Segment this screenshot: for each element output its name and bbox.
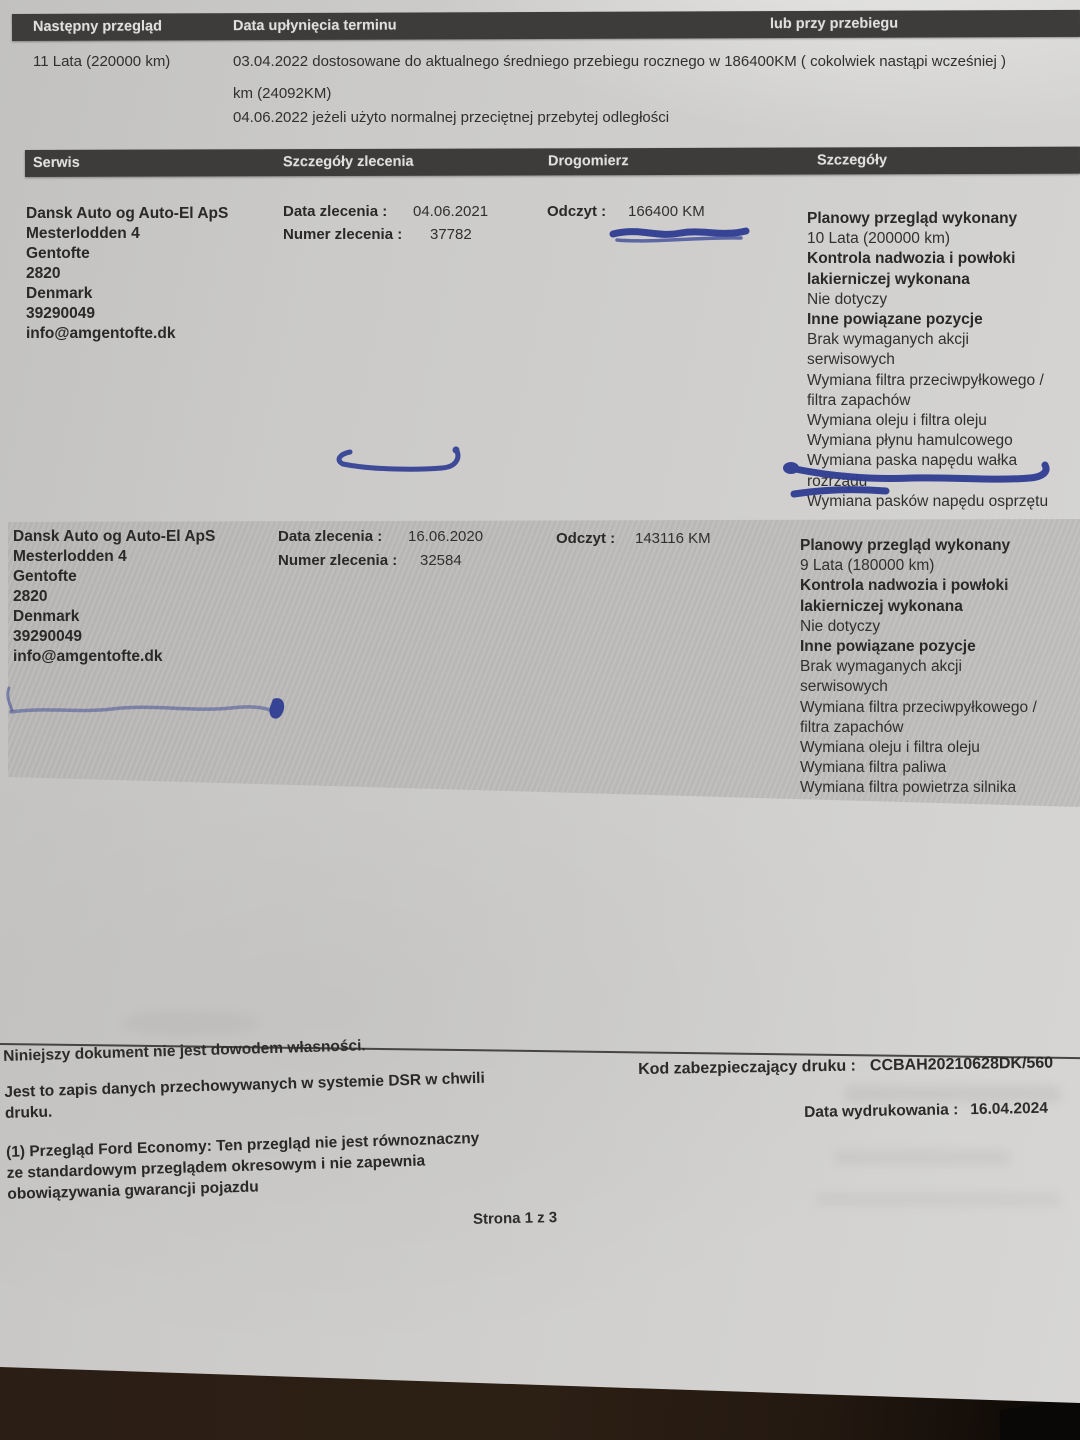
ford-economy-note: (1) Przegląd Ford Economy: Ten przegląd …: [6, 1128, 481, 1205]
service-address-line: Dansk Auto og Auto-El ApS: [26, 204, 228, 224]
service-detail-line: lakierniczej wykonana: [807, 270, 1048, 290]
service-address-entry-1: Dansk Auto og Auto-El ApSMesterlodden 4G…: [26, 204, 228, 344]
show-through-smudge: [815, 1192, 1060, 1207]
next-inspection-interval: 11 Lata (220000 km): [33, 53, 170, 70]
order-date-label: Data zlecenia :: [283, 203, 387, 220]
service-details-entry-2: Planowy przegląd wykonany9 Lata (180000 …: [800, 536, 1037, 799]
service-detail-line: Kontrola nadwozia i powłoki: [807, 249, 1048, 269]
order-number-label: Numer zlecenia :: [283, 226, 402, 243]
service-detail-line: Wymiana paska napędu wałka: [807, 451, 1048, 471]
show-through-smudge: [120, 1010, 260, 1036]
service-detail-line: filtra zapachów: [800, 718, 1037, 738]
service-detail-line: Inne powiązane pozycje: [807, 310, 1048, 330]
service-address-line: Gentofte: [13, 567, 215, 587]
service-address-line: 39290049: [13, 627, 215, 647]
document-page: Następny przegląd Data upłynięcia termin…: [0, 0, 1080, 1440]
service-address-line: info@amgentofte.dk: [26, 324, 228, 344]
service-detail-line: Inne powiązane pozycje: [800, 637, 1037, 657]
service-address-line: Dansk Auto og Auto-El ApS: [13, 527, 215, 547]
service-detail-line: Nie dotyczy: [800, 617, 1037, 637]
header-next-inspection: Następny przegląd: [33, 13, 162, 40]
service-detail-line: 9 Lata (180000 km): [800, 556, 1037, 576]
service-detail-line: serwisowych: [807, 350, 1048, 370]
security-code-value: CCBAH20210628DK/560: [870, 1054, 1053, 1074]
due-date-line-1: 03.04.2022 dostosowane do aktualnego śre…: [233, 53, 1006, 70]
service-address-line: Denmark: [26, 284, 228, 304]
service-detail-line: Nie dotyczy: [807, 290, 1048, 310]
ownership-note: Niniejszy dokument nie jest dowodem włas…: [3, 1037, 366, 1066]
service-detail-line: Wymiana filtra powietrza silnika: [800, 778, 1037, 798]
service-table-header-bar: Serwis Szczegóły zlecenia Drogomierz Szc…: [25, 147, 1080, 177]
service-address-line: Gentofte: [26, 244, 228, 264]
service-address-line: Denmark: [13, 607, 215, 627]
service-details-entry-1: Planowy przegląd wykonany10 Lata (200000…: [807, 209, 1048, 512]
service-detail-line: filtra zapachów: [807, 391, 1048, 411]
service-detail-line: 10 Lata (200000 km): [807, 229, 1048, 249]
order-date-value: 16.06.2020: [408, 528, 483, 545]
service-detail-line: lakierniczej wykonana: [800, 597, 1037, 617]
order-date-label: Data zlecenia :: [278, 528, 382, 545]
order-date-value: 04.06.2021: [413, 203, 488, 220]
service-address-line: 2820: [13, 587, 215, 607]
service-detail-line: Brak wymaganych akcji: [800, 657, 1037, 677]
print-date-label: Data wydrukowania :: [804, 1101, 958, 1121]
odometer-value: 143116 KM: [635, 530, 711, 547]
security-code-row: Kod zabezpieczający druku :CCBAH20210628…: [638, 1054, 1053, 1079]
service-detail-line: serwisowych: [800, 677, 1037, 697]
service-address-line: 2820: [26, 264, 228, 284]
due-date-line-3: 04.06.2022 jeżeli użyto normalnej przeci…: [233, 109, 669, 126]
service-detail-line: Planowy przegląd wykonany: [800, 536, 1037, 556]
service-detail-line: Brak wymaganych akcji: [807, 330, 1048, 350]
service-detail-line: Wymiana oleju i filtra oleju: [800, 738, 1037, 758]
odometer-value: 166400 KM: [628, 203, 705, 220]
print-date-row: Data wydrukowania :16.04.2024: [804, 1100, 1048, 1122]
next-inspection-header-bar: Następny przegląd Data upłynięcia termin…: [12, 10, 1080, 41]
due-date-line-2: km (24092KM): [233, 85, 331, 102]
pen-underline-odometer-1: [613, 231, 746, 241]
header-or-at-mileage: lub przy przebiegu: [770, 11, 898, 38]
service-address-line: info@amgentofte.dk: [13, 647, 215, 667]
service-detail-line: Wymiana filtra przeciwpyłkowego /: [807, 371, 1048, 391]
service-address-entry-2: Dansk Auto og Auto-El ApSMesterlodden 4G…: [13, 527, 215, 667]
service-detail-line: Wymiana filtra paliwa: [800, 758, 1037, 778]
photo-background: Następny przegląd Data upłynięcia termin…: [0, 0, 1080, 1440]
page-indicator: Strona 1 z 3: [473, 1209, 558, 1228]
service-detail-line: Wymiana płynu hamulcowego: [807, 431, 1048, 451]
odometer-label: Odczyt :: [556, 530, 615, 547]
col-header-service: Serwis: [33, 150, 80, 177]
service-detail-line: rozrządu: [807, 472, 1048, 492]
service-address-line: Mesterlodden 4: [13, 547, 215, 567]
show-through-smudge: [835, 1150, 1010, 1165]
order-number-value: 37782: [430, 226, 472, 243]
service-detail-line: Wymiana oleju i filtra oleju: [807, 411, 1048, 431]
col-header-details: Szczegóły: [817, 147, 887, 174]
show-through-smudge: [845, 1086, 1060, 1102]
service-address-line: Mesterlodden 4: [26, 224, 228, 244]
service-detail-line: Planowy przegląd wykonany: [807, 209, 1048, 229]
pen-bracket-mark: [339, 447, 459, 470]
service-detail-line: Kontrola nadwozia i powłoki: [800, 576, 1037, 596]
col-header-order: Szczegóły zlecenia: [283, 149, 414, 176]
odometer-label: Odczyt :: [547, 203, 606, 220]
service-detail-line: Wymiana filtra przeciwpyłkowego /: [800, 698, 1037, 718]
col-header-odometer: Drogomierz: [548, 148, 629, 175]
header-due-date: Data upłynięcia terminu: [233, 13, 397, 41]
service-address-line: 39290049: [26, 304, 228, 324]
dsr-note: Jest to zapis danych przechowywanych w s…: [4, 1068, 486, 1124]
service-detail-line: Wymiana pasków napędu osprzętu: [807, 492, 1048, 512]
security-code-label: Kod zabezpieczający druku :: [638, 1058, 856, 1078]
print-date-value: 16.04.2024: [970, 1100, 1048, 1118]
order-number-value: 32584: [420, 552, 462, 569]
order-number-label: Numer zlecenia :: [278, 552, 397, 569]
